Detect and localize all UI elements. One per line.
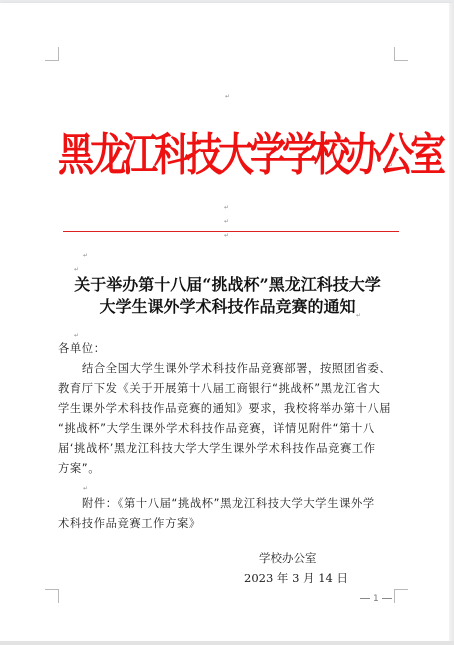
letterhead-org-name: 黑龙江科技大学学校办公室 bbox=[58, 129, 442, 182]
document-title-line-2: 大学生课外学术科技作品竞赛的通知 bbox=[55, 296, 400, 318]
margin-corner-top-right bbox=[394, 47, 408, 61]
paragraph-mark-icon: ↵ bbox=[83, 486, 88, 492]
document-title-line-1: 关于举办第十八届“挑战杯”黑龙江科技大学 bbox=[55, 274, 400, 296]
letterhead-title: 黑龙江科技大学学校办公室（通知） bbox=[58, 121, 398, 189]
salutation: 各单位： bbox=[58, 339, 106, 359]
margin-corner-bottom-right bbox=[394, 589, 408, 603]
body-line: “挑战杯”大学生课外学术科技作品竞赛，详情见附件“第十八 bbox=[58, 419, 375, 439]
page-bottom-edge bbox=[0, 641, 454, 645]
body-line: 方案”。 bbox=[58, 459, 100, 479]
signature-office: 学校办公室 bbox=[259, 548, 317, 568]
paragraph-mark-icon: ↵ bbox=[74, 267, 79, 273]
body-line: 结合全国大学生课外学术科技作品竞赛部署，按照团省委、 bbox=[82, 359, 391, 379]
body-line: 学生课外学术科技作品竞赛的通知》要求，我校将举办第十八届 bbox=[58, 399, 391, 419]
attachment-line: 术科技作品竞赛工作方案》 bbox=[58, 514, 201, 534]
page-number-value: 1 bbox=[373, 594, 379, 604]
body-line: 届‘挑战杯’黑龙江科技大学大学生课外学术科技作品竞赛工作 bbox=[58, 439, 376, 459]
body-line: 教育厅下发《关于开展第十八届工商银行“挑战杯”黑龙江省大 bbox=[58, 379, 380, 399]
letterhead-divider-line bbox=[63, 231, 399, 232]
paragraph-mark-icon: ↵ bbox=[224, 219, 229, 225]
paragraph-mark-icon: ↵ bbox=[224, 233, 229, 239]
page-number-dash-left bbox=[360, 598, 370, 599]
paragraph-mark-icon: ↵ bbox=[83, 253, 88, 259]
paragraph-mark-icon: ↵ bbox=[225, 94, 230, 100]
paragraph-mark-icon: ↵ bbox=[388, 163, 393, 169]
paragraph-mark-icon: ↵ bbox=[224, 205, 229, 211]
margin-corner-top-left bbox=[45, 47, 59, 61]
attachment-line: 附件：《第十八届“挑战杯”黑龙江科技大学大学生课外学 bbox=[82, 494, 375, 514]
paragraph-mark-icon: ↵ bbox=[356, 313, 361, 319]
page-number-dash-right bbox=[382, 598, 392, 599]
page-number: 1 bbox=[357, 594, 395, 604]
margin-corner-bottom-left bbox=[45, 589, 59, 603]
letterhead-doc-type: （通知） bbox=[442, 145, 454, 178]
signature-date: 2023 年 3 月 14 日 bbox=[244, 568, 348, 588]
page-right-edge bbox=[449, 3, 454, 641]
